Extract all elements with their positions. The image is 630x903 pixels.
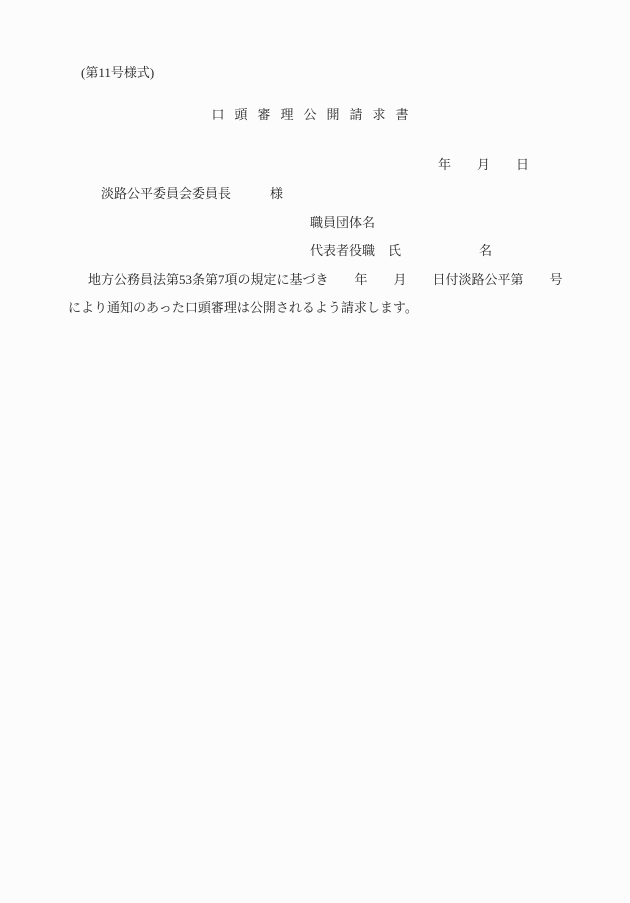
document-page: (第11号様式) 口頭審理公開請求書 年 月 日 淡路公平委員会委員長 様 職員… <box>0 0 630 903</box>
document-title: 口頭審理公開請求書 <box>0 108 630 121</box>
form-number: (第11号様式) <box>81 66 154 79</box>
org-name-label: 職員団体名 <box>310 216 375 229</box>
representative-name-label: 代表者役職 氏 名 <box>310 244 492 257</box>
body-paragraph-line-2: により通知のあった口頭審理は公開されるよう請求します。 <box>68 301 418 314</box>
addressee-line: 淡路公平委員会委員長 様 <box>101 187 283 200</box>
body-paragraph-line-1: 地方公務員法第53条第7項の規定に基づき 年 月 日付淡路公平第 号 <box>88 273 563 286</box>
date-line: 年 月 日 <box>438 158 529 171</box>
